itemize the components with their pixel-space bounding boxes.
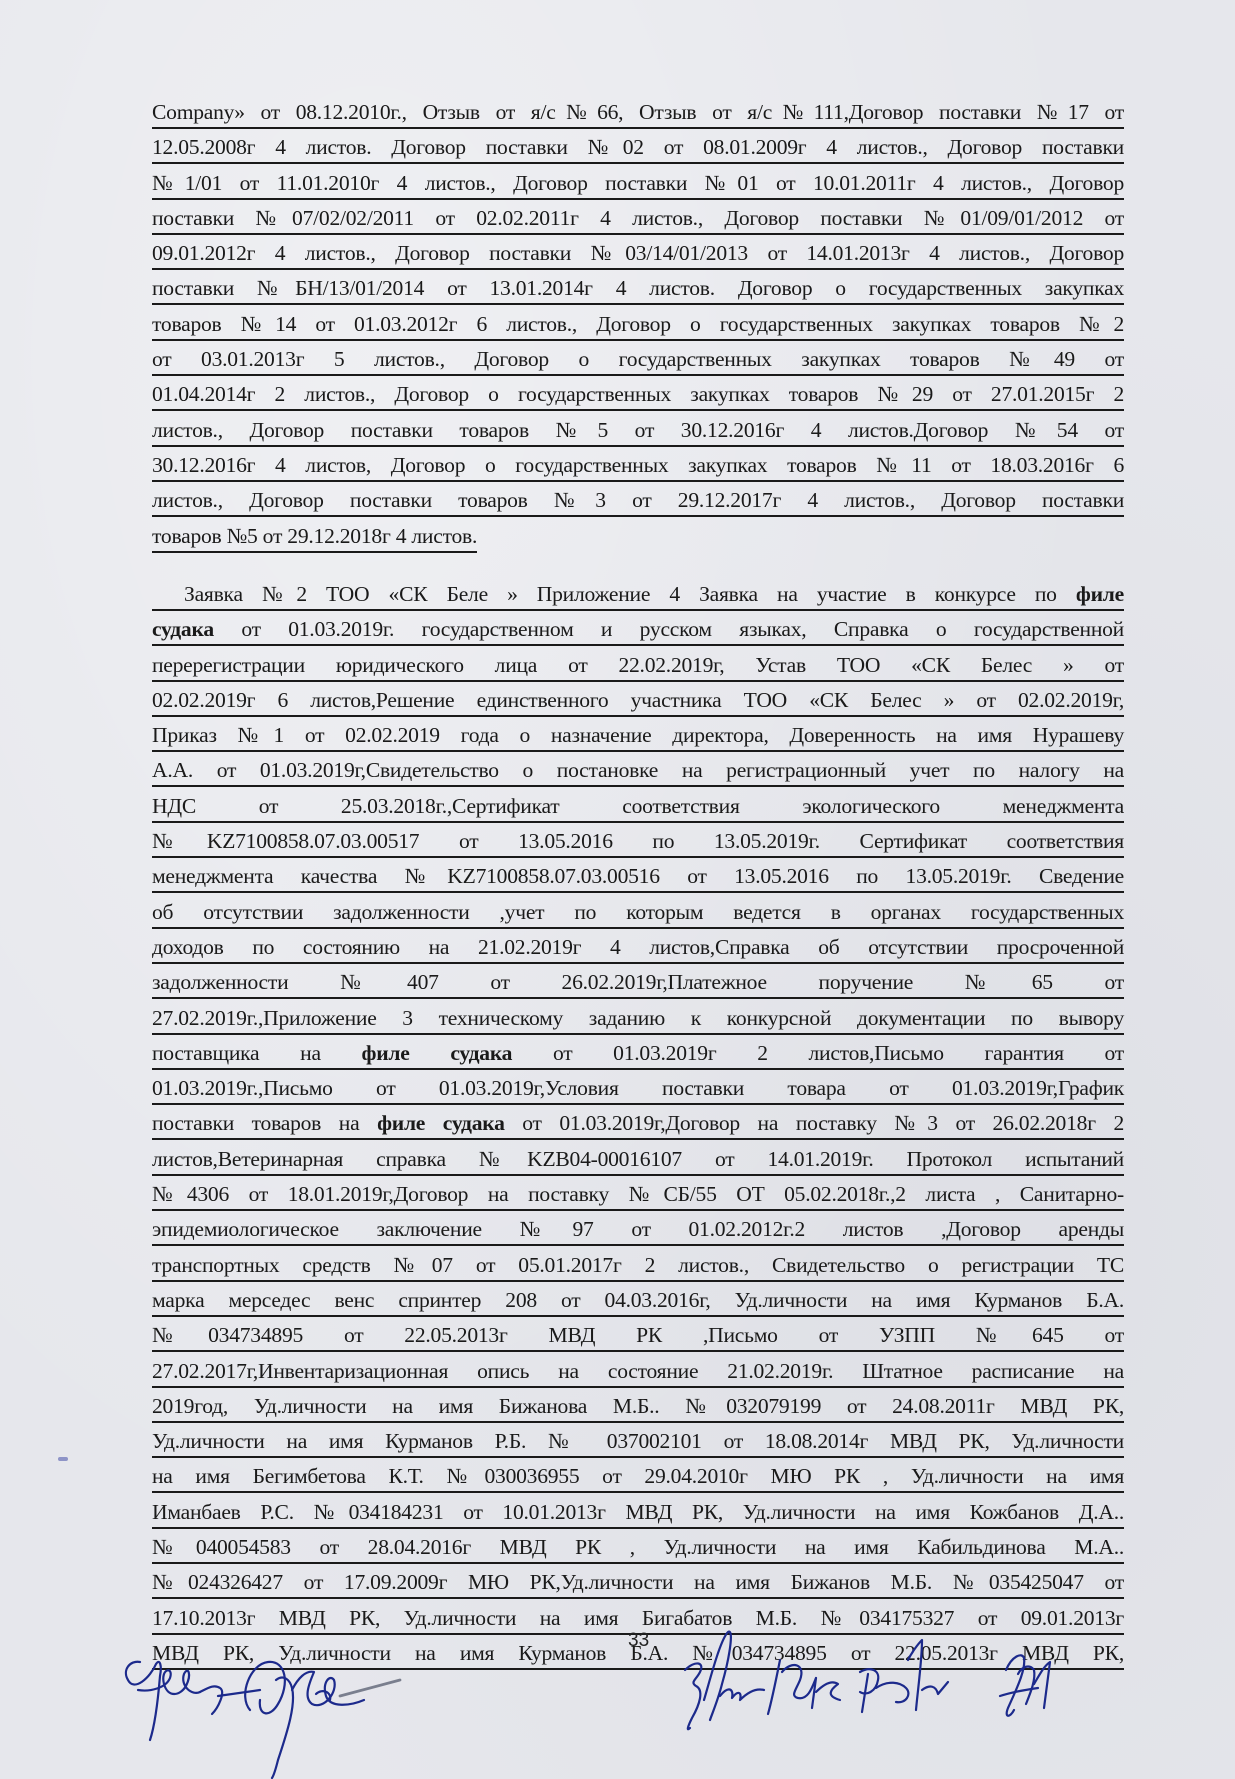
text-line: листов., Договор поставки товаров №3 от … xyxy=(152,484,1124,517)
text-line: перерегистрации юридического лица от 22.… xyxy=(152,649,1124,682)
text-line: на имя Бегимбетова К.Т. №030036955 от 29… xyxy=(152,1460,1124,1493)
bold-keyword: филе судака xyxy=(362,1041,513,1065)
text-line: товаров №14 от 01.03.2012г 6 листов., До… xyxy=(152,308,1124,341)
text-line: листов., Договор поставки товаров №5 от … xyxy=(152,414,1124,447)
text-line: листов,Ветеринарная справка №KZB04-00016… xyxy=(152,1143,1124,1176)
text-line: поставки товаров на филе судака от 01.03… xyxy=(152,1107,1124,1140)
text-line: №1/01 от 11.01.2010г 4 листов., Договор … xyxy=(152,167,1124,200)
text-line: 30.12.2016г 4 листов, Договор о государс… xyxy=(152,449,1124,482)
text-line: 09.01.2012г 4 листов., Договор поставки … xyxy=(152,237,1124,270)
signatures-area xyxy=(100,1600,1135,1779)
text-line: 12.05.2008г 4 листов. Договор поставки №… xyxy=(152,131,1124,164)
text-line: транспортных средств №07 от 05.01.2017г … xyxy=(152,1249,1124,1282)
scanned-document-page: Company» от 08.12.2010г., Отзыв от я/с№6… xyxy=(0,0,1235,1779)
text-line: Приказ №1 от 02.02.2019 года о назначени… xyxy=(152,719,1124,752)
text-line: А.А. от 01.03.2019г,Свидетельство о пост… xyxy=(152,754,1124,787)
text-segment: Заявка №2 ТОО «СК Беле » Приложение 4 За… xyxy=(184,582,1076,606)
text-segment: от 01.03.2019г 2 листов,Письмо гарантия … xyxy=(512,1041,1124,1065)
text-line: судака от 01.03.2019г. государственном и… xyxy=(152,613,1124,646)
text-line: 02.02.2019г 6 листов,Решение единственно… xyxy=(152,684,1124,717)
text-line: эпидемиологическое заключение №97 от 01.… xyxy=(152,1213,1124,1246)
text-line: 01.03.2019г.,Письмо от 01.03.2019г,Услов… xyxy=(152,1072,1124,1105)
text-line: 27.02.2017г,Инвентаризационная опись на … xyxy=(152,1355,1124,1388)
ink-speck xyxy=(58,1457,68,1461)
text-line: №040054583 от 28.04.2016г МВД РК , Уд.ли… xyxy=(152,1531,1124,1564)
text-line: НДС от 25.03.2018г.,Сертификат соответст… xyxy=(152,790,1124,823)
text-line: марка мерседес венс спринтер 208 от 04.0… xyxy=(152,1284,1124,1317)
text-segment: поставки товаров на xyxy=(152,1111,377,1135)
text-line: №KZ7100858.07.03.00517 от 13.05.2016 по … xyxy=(152,825,1124,858)
bold-keyword: судака xyxy=(152,617,214,641)
text-line: Уд.личности на имя Курманов Р.Б. № 03700… xyxy=(152,1425,1124,1458)
text-line: Company» от 08.12.2010г., Отзыв от я/с№6… xyxy=(152,96,1124,129)
text-segment: поставщика на xyxy=(152,1041,362,1065)
bold-keyword: филе xyxy=(1076,582,1124,606)
text-line: поставщика на филе судака от 01.03.2019г… xyxy=(152,1037,1124,1070)
signature-5 xyxy=(860,1640,948,1712)
bold-keyword: филе судака xyxy=(377,1111,505,1135)
text-line: доходов по состоянию на 21.02.2019г 4 ли… xyxy=(152,931,1124,964)
text-line: от 03.01.2013г 5 листов., Договор о госу… xyxy=(152,343,1124,376)
signature-6 xyxy=(1000,1655,1050,1715)
signature-3 xyxy=(685,1632,764,1730)
signature-2 xyxy=(245,1662,400,1778)
text-line: №024326427 от 17.09.2009г МЮ РК,Уд.лично… xyxy=(152,1566,1124,1599)
text-line: задолженности №407 от 26.02.2019г,Платеж… xyxy=(152,966,1124,999)
text-line: 27.02.2019г.,Приложение 3 техническому з… xyxy=(152,1002,1124,1035)
text-line: менеджмента качества №KZ7100858.07.03.00… xyxy=(152,860,1124,893)
text-line: Заявка №2 ТОО «СК Беле » Приложение 4 За… xyxy=(152,578,1124,611)
text-line: Иманбаев Р.С. №034184231 от 10.01.2013г … xyxy=(152,1496,1124,1529)
text-segment: от 01.03.2019г. государственном и русско… xyxy=(214,617,1124,641)
signature-1 xyxy=(126,1662,260,1740)
text-segment: от 01.03.2019г,Договор на поставку №3 от… xyxy=(505,1111,1124,1135)
text-line: 01.04.2014г 2 листов., Договор о государ… xyxy=(152,378,1124,411)
text-line: №4306 от 18.01.2019г,Договор на поставку… xyxy=(152,1178,1124,1211)
text-line: поставки №07/02/02/2011 от 02.02.2011г 4… xyxy=(152,202,1124,235)
signature-4 xyxy=(768,1660,840,1714)
text-line: №034734895 от 22.05.2013г МВД РК ,Письмо… xyxy=(152,1319,1124,1352)
paragraph-contracts-list: Company» от 08.12.2010г., Отзыв от я/с№6… xyxy=(152,96,1124,555)
text-line: товаров №5 от 29.12.2018г 4 листов. xyxy=(152,520,477,553)
paragraph-application-2: Заявка №2 ТОО «СК Беле » Приложение 4 За… xyxy=(152,578,1124,1672)
text-line: поставки №БН/13/01/2014 от 13.01.2014г 4… xyxy=(152,272,1124,305)
text-line: об отсутствии задолженности ,учет по кот… xyxy=(152,896,1124,929)
text-line: 2019год, Уд.личности на имя Бижанова М.Б… xyxy=(152,1390,1124,1423)
